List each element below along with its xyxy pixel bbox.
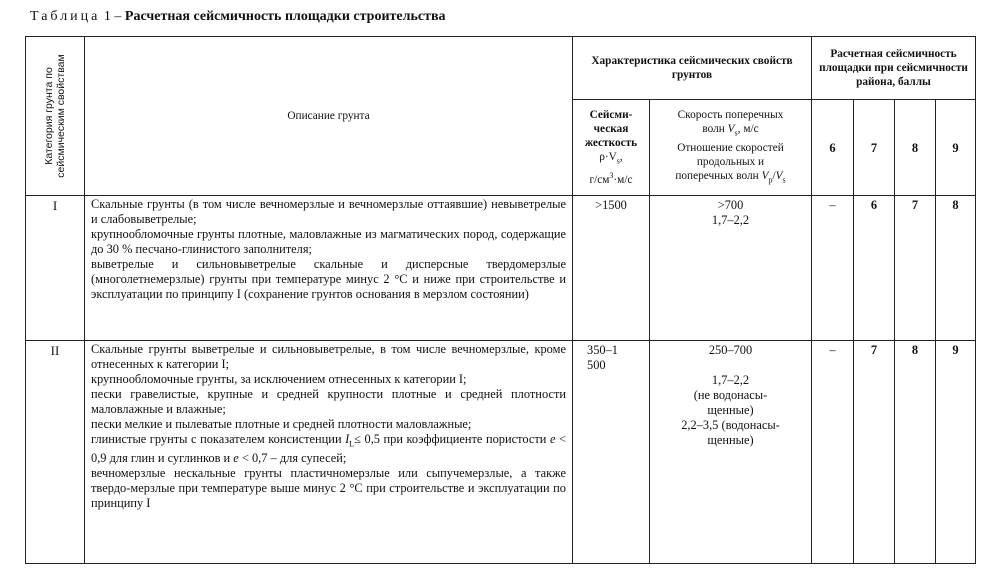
header-intensity-9: 9 [936,100,976,196]
value-cell-9: 8 [936,196,976,341]
stiffness-cell: >1500 [573,196,650,341]
value-cell-6: – [812,196,854,341]
velocity-cell: >700 1,7–2,2 [650,196,812,341]
table-row: I Скальные грунты (в том числе вечномерз… [26,196,976,341]
header-intensity-6: 6 [812,100,854,196]
header-design-seismicity: Расчетная сейсмичность площадки при сейс… [812,37,976,100]
header-stiffness: Сейсми- ческая жесткость ρ·Vs, г/см3·м/с [573,100,650,196]
header-intensity-7: 7 [854,100,895,196]
value-cell-8: 7 [895,196,936,341]
table-row: II Скальные грунты выветрелые и сильновы… [26,341,976,564]
value-cell-9: 9 [936,341,976,564]
value-cell-7: 6 [854,196,895,341]
caption-title: Расчетная сейсмичность площадки строител… [125,9,446,24]
caption-number: 1 – [100,9,125,24]
category-cell: I [26,196,85,341]
header-velocity-ratio: Скорость поперечных волн Vs, м/с Отношен… [650,100,812,196]
velocity-cell: 250–700 1,7–2,2 (не водонасы- щенные) 2,… [650,341,812,564]
value-cell-6: – [812,341,854,564]
header-description: Описание грунта [85,37,573,196]
value-cell-7: 7 [854,341,895,564]
category-cell: II [26,341,85,564]
header-intensity-8: 8 [895,100,936,196]
table-caption: Таблица 1 – Расчетная сейсмичность площа… [30,9,446,25]
stiffness-cell: 350–1500 [573,341,650,564]
header-characteristics: Характеристика сейсмических свойств грун… [573,37,812,100]
caption-prefix: Таблица [30,9,100,24]
value-cell-8: 8 [895,341,936,564]
header-category: Категория грунта по сейсмическим свойств… [26,37,85,196]
description-cell: Скальные грунты выветрелые и сильновывет… [85,341,573,564]
description-cell: Скальные грунты (в том числе вечномерзлы… [85,196,573,341]
seismicity-table: Категория грунта по сейсмическим свойств… [25,36,976,564]
